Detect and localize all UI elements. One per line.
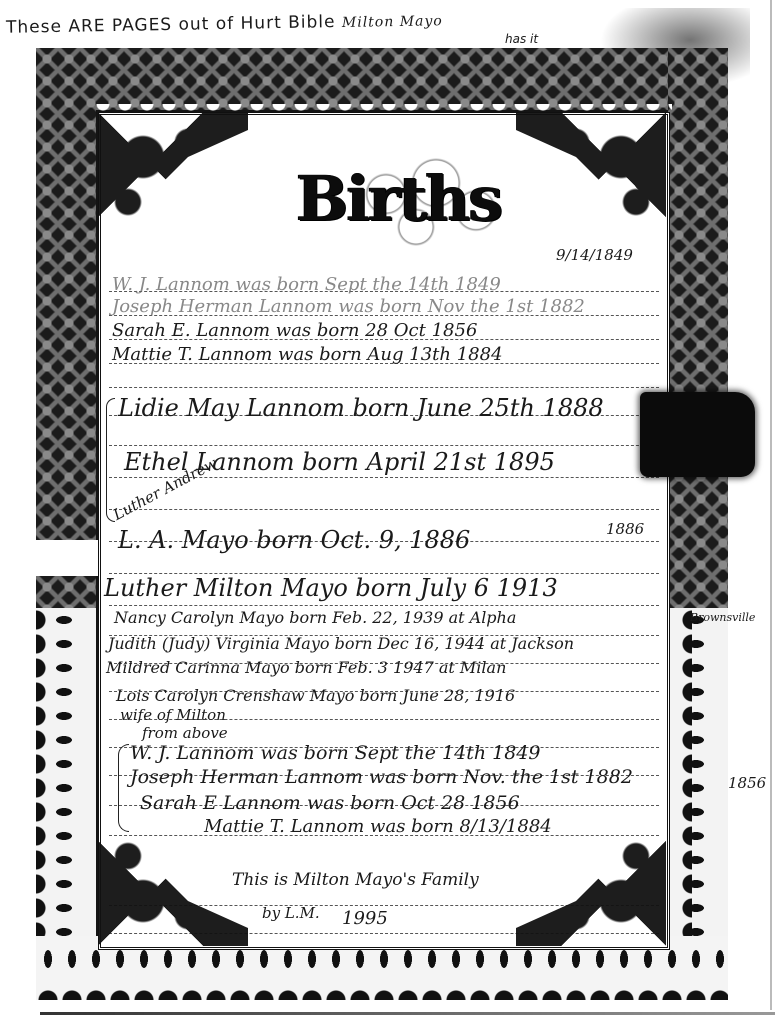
header-note-line2: has it bbox=[505, 32, 538, 46]
entry-nancy-mayo: Nancy Carolyn Mayo born Feb. 22, 1939 at… bbox=[114, 610, 516, 626]
entry-joseph-lannom: Joseph Herman Lannom was born Nov. the 1… bbox=[130, 768, 633, 787]
ruled-line bbox=[109, 445, 659, 446]
entry-judith-mayo: Judith (Judy) Virginia Mayo born Dec 16,… bbox=[108, 636, 574, 652]
ruled-line bbox=[109, 605, 659, 606]
entry-wj-lannom-faded: W. J. Lannom was born Sept the 14th 1849 bbox=[112, 276, 501, 294]
footer-year: 1995 bbox=[342, 910, 388, 928]
margin-note-1886: 1886 bbox=[606, 522, 644, 537]
entry-luther-milton-mayo: Luther Milton Mayo born July 6 1913 bbox=[104, 576, 558, 600]
ruled-line bbox=[109, 387, 659, 388]
page-bottom-edge bbox=[40, 1012, 775, 1015]
page-gap bbox=[0, 540, 98, 576]
border-band-top bbox=[36, 48, 728, 110]
margin-note-1856: 1856 bbox=[728, 776, 766, 791]
ink-blot bbox=[640, 392, 755, 477]
header-note: These ARE PAGES out of Hurt Bible Milton… bbox=[6, 10, 443, 38]
entry-lois-mayo: Lois Carolyn Crenshaw Mayo born June 28,… bbox=[116, 688, 515, 704]
entry-mildred-mayo: Mildred Carinna Mayo born Feb. 3 1947 at… bbox=[106, 660, 506, 676]
header-note-line1: These ARE PAGES out of Hurt Bible bbox=[6, 12, 336, 38]
entry-joseph-lannom-faded: Joseph Herman Lannom was born Nov the 1s… bbox=[112, 298, 585, 316]
page-right-edge bbox=[770, 0, 772, 1010]
entry-sarah-lannom-copy: Sarah E Lannom was born Oct 28 1856 bbox=[140, 794, 520, 813]
header-note-suffix: Milton Mayo bbox=[342, 13, 443, 31]
bracket bbox=[118, 744, 129, 832]
margin-note-brownsville: Brownsville bbox=[690, 612, 755, 623]
page-title: Births bbox=[296, 168, 501, 230]
footer-signature-line: This is Milton Mayo's Family bbox=[232, 872, 479, 889]
entry-from-above: from above bbox=[142, 726, 228, 741]
entry-mattie-lannom-copy: Mattie T. Lannom was born 8/13/1884 bbox=[204, 818, 552, 836]
entry-lois-subtext: wife of Milton bbox=[120, 708, 226, 723]
entry-wj-lannom: W. J. Lannom was born Sept the 14th 1849 bbox=[130, 744, 540, 763]
footer-by: by L.M. bbox=[262, 906, 320, 921]
entry-lidie-lannom: Lidie May Lannom born June 25th 1888 bbox=[118, 396, 604, 420]
bracket bbox=[106, 398, 115, 522]
entry-mattie-lannom: Mattie T. Lannom was born Aug 13th 1884 bbox=[112, 346, 503, 364]
entry-la-mayo: L. A. Mayo born Oct. 9, 1886 bbox=[118, 528, 470, 552]
corner-date: 9/14/1849 bbox=[556, 248, 633, 263]
ruled-line bbox=[109, 509, 659, 510]
title-block: Births bbox=[296, 150, 526, 260]
entry-sarah-lannom: Sarah E. Lannom was born 28 Oct 1856 bbox=[112, 322, 477, 340]
